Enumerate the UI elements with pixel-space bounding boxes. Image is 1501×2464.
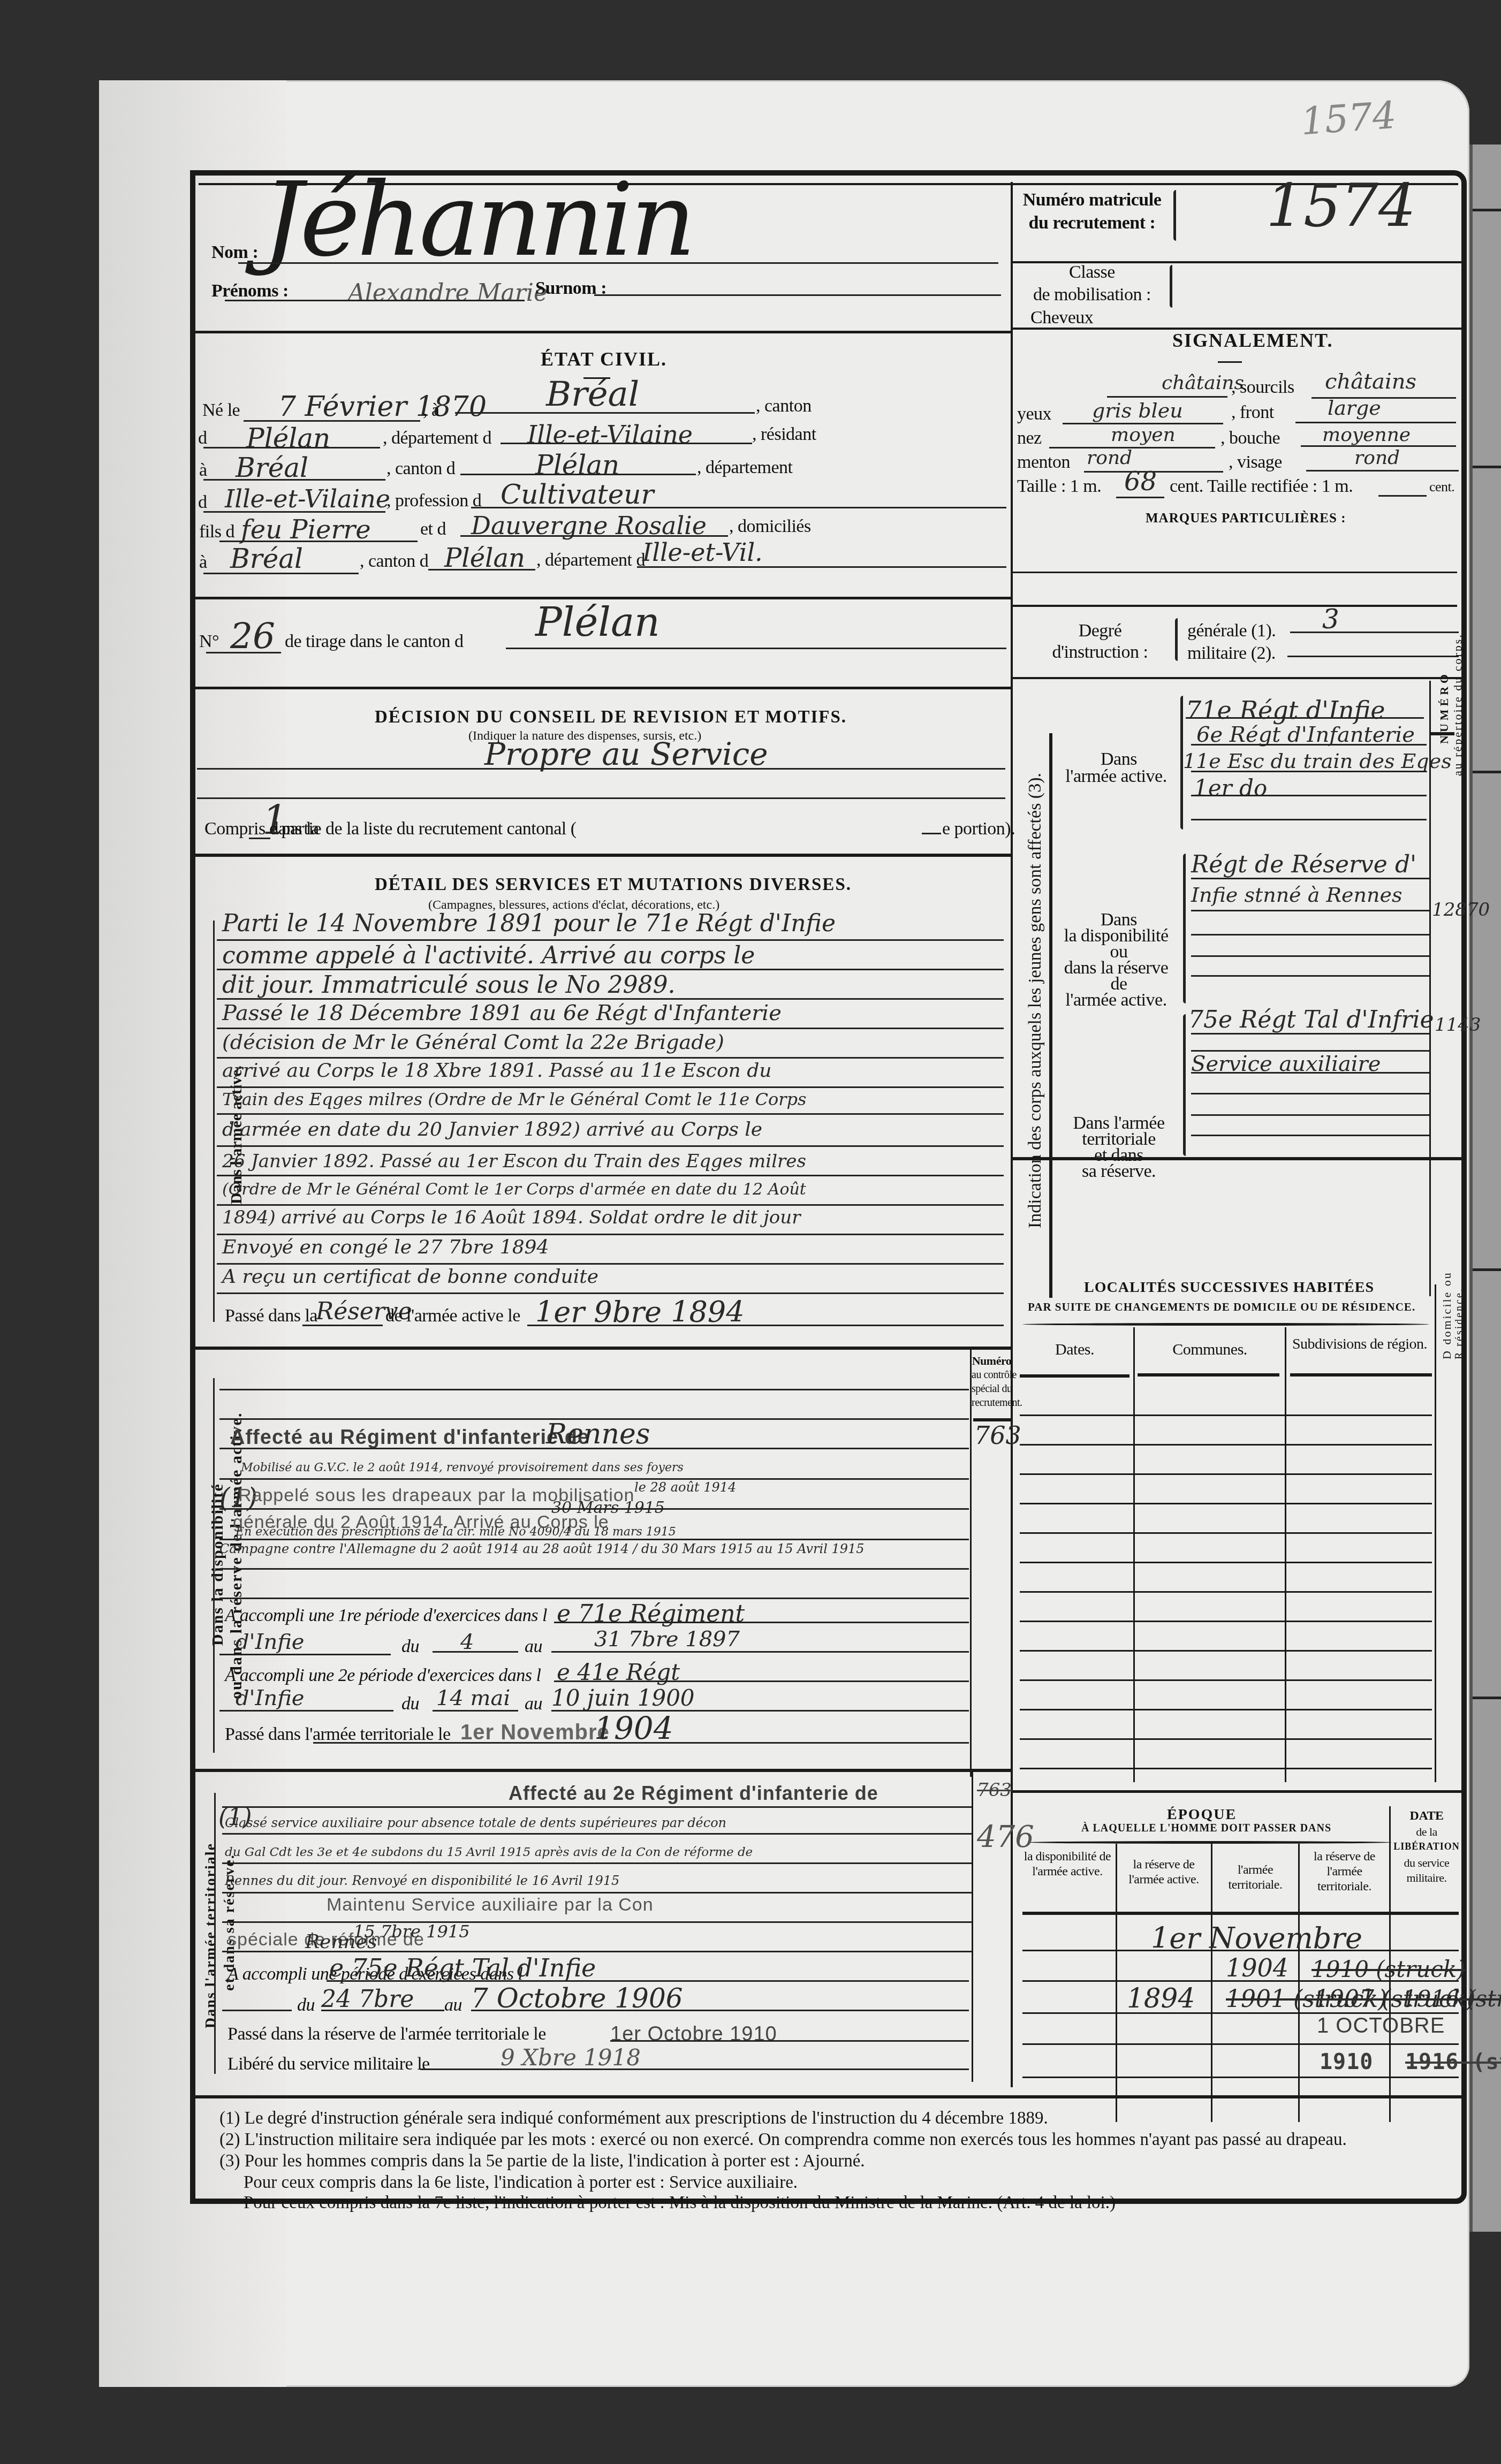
residant-label: , résidant xyxy=(752,424,816,445)
instruction-brace xyxy=(1175,618,1178,661)
dispo-numero-header-2: au contrôle xyxy=(972,1369,1012,1381)
classe-brace xyxy=(1170,265,1172,308)
epoque-row2-liberation: 1916 (struck) xyxy=(1403,1986,1501,2012)
sourcils-value: châtains xyxy=(1325,369,1416,394)
periode1-corps-underline xyxy=(554,1622,969,1623)
footnote-3: (3) Pour les hommes compris dans la 5e p… xyxy=(219,2151,865,2171)
canton-label: , canton xyxy=(756,396,812,416)
periode2-corps-2: d'Infie xyxy=(236,1686,305,1710)
dispo-affecte-city: Rennes xyxy=(546,1418,650,1450)
liberation-header-2: de la xyxy=(1392,1825,1461,1839)
terr-periode-du-underline-2 xyxy=(321,2010,444,2011)
departement-naissance-value: Ille-et-Vilaine xyxy=(527,420,693,449)
localites-rule xyxy=(1013,1790,1462,1793)
adjacent-page-edge xyxy=(1469,145,1501,2232)
terr-rule-2 xyxy=(222,1833,972,1835)
terr-rule-4 xyxy=(222,1892,972,1893)
column-divider xyxy=(1011,182,1013,2087)
localites-brace-rule xyxy=(1022,1323,1429,1326)
passe-reserve-underline xyxy=(302,1325,383,1326)
liberation-header-4: du service xyxy=(1392,1856,1461,1870)
bouche-label: , bouche xyxy=(1220,428,1280,448)
nom-underline xyxy=(238,262,998,264)
periode2-label: A accompli une 2e période d'exercices da… xyxy=(225,1666,541,1686)
localites-col-divider-1 xyxy=(1133,1327,1135,1782)
militaire-label: militaire (2). xyxy=(1187,643,1276,664)
matricule-value: 1574 xyxy=(1266,171,1416,240)
menton-value: rond xyxy=(1087,447,1132,469)
terr-classe-note-2: du Gal Cdt les 3e et 4e subdons du 15 Av… xyxy=(225,1845,753,1859)
terr-periode-du: 24 7bre xyxy=(321,1986,414,2013)
taille-rectifiee-underline xyxy=(1378,495,1427,497)
localites-col-communes: Communes. xyxy=(1135,1341,1285,1359)
terr-periode-corps-underline xyxy=(327,1980,969,1982)
canton-de-label: , canton d xyxy=(386,459,455,479)
dispo-rule-3 xyxy=(219,1448,969,1449)
corps-terr-line-4 xyxy=(1191,1093,1429,1094)
partie-label: e partie de la liste du recrutement cant… xyxy=(269,819,577,839)
services-line-6: arrivé au Corps le 18 Xbre 1891. Passé a… xyxy=(222,1060,771,1082)
signalement-title: SIGNALEMENT. xyxy=(1172,329,1333,352)
periode2-au: 10 juin 1900 xyxy=(551,1685,695,1711)
terr-speciale-date: 15 7bre 1915 xyxy=(353,1921,470,1942)
dispo-rule xyxy=(195,1769,1012,1772)
localites-row-5 xyxy=(1020,1532,1432,1534)
marques-line-1 xyxy=(1013,572,1457,573)
epoque-row1-territoriale: 1904 xyxy=(1226,1953,1288,1982)
bouche-value: moyenne xyxy=(1322,424,1411,446)
taille-rectifiee-label: cent. Taille rectifiée : 1 m. xyxy=(1170,476,1353,497)
liberation-header-1: DATE xyxy=(1392,1809,1461,1823)
localites-side-label-2: R résidence. xyxy=(1453,1287,1466,1359)
dispo-numero-value: 763 xyxy=(974,1421,1021,1450)
prenoms-label: Prénoms : xyxy=(211,281,289,301)
terr-reserve-underline xyxy=(610,2040,969,2042)
services-rule-2 xyxy=(217,969,1004,970)
epoque-col-divider-3 xyxy=(1298,1844,1300,2122)
instruction-label-1: Degré xyxy=(1028,621,1172,641)
terr-reserve-label: Passé dans la réserve de l'armée territo… xyxy=(228,2024,546,2044)
fils-label: fils d xyxy=(199,522,234,542)
dispo-numero-header-1: Numéro xyxy=(972,1354,1012,1368)
corps-terr-line-3 xyxy=(1191,1072,1429,1074)
tirage-canton-value: Plélan xyxy=(535,599,660,645)
terr-rule-6 xyxy=(222,1951,972,1952)
services-line-8: d'armée en date du 20 Janvier 1892) arri… xyxy=(222,1119,762,1140)
epoque-row-rule-4 xyxy=(1022,2043,1459,2045)
epoque-col-divider-2 xyxy=(1211,1844,1212,2122)
periode1-corps: e 71e Régiment xyxy=(557,1600,745,1628)
terr-libere-label: Libéré du service militaire le xyxy=(228,2054,430,2074)
classe-label-2: de mobilisation : xyxy=(1020,285,1164,305)
tirage-label: de tirage dans le canton d xyxy=(285,632,463,652)
periode2-du: 14 mai xyxy=(436,1686,510,1710)
footnote-2: (2) L'instruction militaire sera indiqué… xyxy=(219,2130,1347,2150)
nez-value: moyen xyxy=(1111,424,1176,446)
terr-rule-5 xyxy=(222,1921,972,1923)
departement3-label: , département d xyxy=(536,550,645,571)
terr-side-label-1: Dans l'armée territoriale xyxy=(202,1843,219,2028)
periode1-du-label: du xyxy=(401,1637,419,1657)
periode2-du-label: du xyxy=(401,1694,419,1714)
terr-speciale-city-visible: Rennes xyxy=(305,1921,307,1922)
dispo-rule-7 xyxy=(219,1568,969,1570)
services-line-7: Train des Eqges milres (Ordre de Mr le G… xyxy=(222,1089,806,1109)
dispo-rule-5 xyxy=(219,1508,969,1510)
generale-value: 3 xyxy=(1322,604,1339,635)
services-line-2: comme appelé à l'activité. Arrivé au cor… xyxy=(222,942,755,969)
localites-subtitle: PAR SUITE DE CHANGEMENTS DE DOMICILE OU … xyxy=(1028,1301,1415,1314)
dispo-numero-header-3: spécial du xyxy=(972,1383,1012,1395)
epoque-row1-reserve-territoriale: 1910 (struck) xyxy=(1312,1956,1466,1982)
services-line-5: (décision de Mr le Général Comt la 22e B… xyxy=(222,1030,724,1054)
services-line-12: Envoyé en congé le 27 7bre 1894 xyxy=(222,1236,549,1258)
corps-active-line-3 xyxy=(1191,771,1427,772)
terr-rule xyxy=(195,2095,1464,2098)
epoque-row-rule-1 xyxy=(1022,1950,1459,1951)
corps-dispo-brace xyxy=(1183,854,1186,1003)
departement-residence-underline xyxy=(203,511,385,513)
ne-le-underline xyxy=(244,420,420,422)
repertoire-label-2: au répertoire du corps. xyxy=(1451,633,1465,776)
domicilies-label: , domiciliés xyxy=(729,516,811,537)
services-line-11: 1894) arrivé au Corps le 16 Août 1894. S… xyxy=(222,1207,800,1228)
yeux-value: gris bleu xyxy=(1092,399,1183,422)
services-rule-10 xyxy=(217,1204,1004,1206)
dispo-rule-4 xyxy=(219,1478,969,1480)
terr-reserve-stamp: 1er Octobre 1910 xyxy=(610,2023,777,2046)
localites-row-11 xyxy=(1020,1709,1432,1710)
localites-row-8 xyxy=(1020,1621,1432,1622)
nez-label: nez xyxy=(1017,428,1042,448)
corps-terr-line-5 xyxy=(1191,1114,1429,1116)
terr-brace xyxy=(214,1793,216,2074)
profession-value: Cultivateur xyxy=(501,479,654,510)
sourcils-label: , sourcils xyxy=(1231,377,1294,398)
terr-libere-underline xyxy=(420,2068,969,2070)
liberation-header-5: militaire. xyxy=(1392,1871,1461,1885)
localites-row-7 xyxy=(1020,1591,1432,1593)
front-label: , front xyxy=(1231,402,1274,423)
departement-residence-value: Ille-et-Vilaine xyxy=(225,484,390,513)
matricule-label-2: du recrutement : xyxy=(1020,213,1164,233)
localites-row-1 xyxy=(1020,1414,1432,1416)
passe-reserve-date: 1er 9bre 1894 xyxy=(535,1295,745,1329)
instruction-label-2: d'instruction : xyxy=(1028,642,1172,663)
cheveux-underline xyxy=(1107,396,1227,398)
terr-periode-du-underline xyxy=(222,2010,292,2011)
instruction-rule xyxy=(1013,677,1462,679)
domicile-parents-underline xyxy=(203,573,359,574)
terr-numero-value: 476 xyxy=(977,1820,1034,1854)
terr-periode-corps: e 75e Régt Tal d'Infie xyxy=(329,1953,596,1982)
matricule-brace xyxy=(1173,190,1176,241)
terr-libere-date: 9 Xbre 1918 xyxy=(501,2044,641,2071)
etat-civil-title: ÉTAT CIVIL. xyxy=(541,348,667,370)
d2-label: d xyxy=(198,492,207,513)
canton-naissance-value: Plélan xyxy=(246,423,330,454)
epoque-month-stamp: 1 OCTOBRE xyxy=(1317,2014,1445,2038)
corps-dispo-line-3 xyxy=(1191,934,1429,936)
services-rule-12 xyxy=(217,1263,1004,1265)
repertoire-column-divider xyxy=(1429,681,1431,1296)
profession-underline xyxy=(471,507,1006,508)
corps-active-label-2: l'armée active. xyxy=(1052,766,1180,787)
periode1-corps-2: d'Infie xyxy=(236,1630,305,1654)
nom-value: Jéhannin xyxy=(262,161,693,279)
localites-header-rule-1 xyxy=(1020,1374,1129,1378)
residence-underline xyxy=(203,479,385,481)
portion-underline xyxy=(922,833,941,834)
nom-label: Nom : xyxy=(211,242,258,263)
epoque-header-rule xyxy=(1022,1912,1459,1915)
decision-rule xyxy=(195,854,1012,857)
localites-row-10 xyxy=(1020,1679,1432,1681)
dispo-brace xyxy=(213,1378,215,1753)
dispo-numero-header-4: recrutement. xyxy=(972,1397,1012,1409)
periode1-au-underline xyxy=(551,1651,969,1653)
periode2-au-label: au xyxy=(525,1694,542,1714)
epoque-row2-reserve-active: 1894 xyxy=(1127,1983,1195,2014)
services-rule-9 xyxy=(217,1175,1004,1176)
a2-label: à xyxy=(199,460,207,481)
periode2-corps-underline xyxy=(554,1680,969,1682)
repertoire-header-rule xyxy=(1430,732,1454,735)
services-line-4: Passé le 18 Décembre 1891 au 6e Régt d'I… xyxy=(222,1001,782,1025)
departement-label: , département d xyxy=(383,428,491,448)
epoque-title: ÉPOQUE xyxy=(1167,1806,1237,1823)
localites-header-rule-2 xyxy=(1138,1373,1279,1377)
corps-active-line-1 xyxy=(1186,717,1424,719)
epoque-row-rule-2 xyxy=(1022,1980,1459,1982)
epoque-col-divider-1 xyxy=(1116,1844,1117,2122)
visage-label: , visage xyxy=(1229,452,1282,473)
services-rule-11 xyxy=(217,1234,1004,1235)
services-line-10: (Ordre de Mr le Général Comt le 1er Corp… xyxy=(222,1180,806,1199)
corps-active-line-2 xyxy=(1191,744,1427,746)
decision-underline-1 xyxy=(197,768,1005,770)
localites-col-divider-2 xyxy=(1285,1327,1286,1782)
corner-page-number: 1574 xyxy=(1299,93,1397,143)
dispo-rule-1 xyxy=(219,1389,969,1390)
corps-terr-line-6 xyxy=(1191,1135,1429,1136)
epoque-stamp-liberation: 1916 (struck) xyxy=(1405,2050,1501,2074)
visage-underline xyxy=(1306,470,1459,471)
corps-active-entry-4: 1er do xyxy=(1194,775,1267,801)
militaire-underline xyxy=(1287,656,1459,657)
periode2-corps2-underline xyxy=(219,1710,393,1712)
menton-label: menton xyxy=(1017,452,1070,473)
a-label: , à xyxy=(423,400,439,421)
localites-row-9 xyxy=(1020,1650,1432,1652)
terr-numero-struck: 763 xyxy=(977,1779,1012,1801)
localites-row-4 xyxy=(1020,1503,1432,1504)
a3-label: à xyxy=(199,552,207,573)
services-rule-7 xyxy=(217,1113,1004,1115)
profession-label: , profession d xyxy=(386,491,481,511)
localites-row-6 xyxy=(1020,1562,1432,1563)
identity-rule xyxy=(195,331,1012,333)
services-rule xyxy=(195,1347,1012,1350)
localites-col-dates: Dates. xyxy=(1017,1341,1132,1359)
corps-dispo-line-2 xyxy=(1191,910,1429,911)
corps-dispo-label-6: l'armée active. xyxy=(1052,990,1180,1010)
services-rule-8 xyxy=(217,1145,1004,1147)
tirage-no-label: N° xyxy=(199,632,219,652)
localites-header-rule-3 xyxy=(1290,1373,1432,1377)
decision-title: DÉCISION DU CONSEIL DE REVISION ET MOTIF… xyxy=(375,708,847,727)
taille-underline xyxy=(1116,497,1164,498)
tirage-rule xyxy=(195,687,1012,689)
matricule-label-1: Numéro matricule xyxy=(1020,190,1164,210)
surnom-underline xyxy=(594,294,1001,296)
dispo-rule-8 xyxy=(219,1598,969,1599)
corps-active-entry-1: 71e Régt d'Infie xyxy=(1186,696,1385,725)
periode1-label: A accompli une 1re période d'exercices d… xyxy=(225,1606,547,1626)
canton3-label: , canton d xyxy=(360,551,428,572)
corps-dispo-entry-1: Régt de Réserve d' xyxy=(1191,851,1416,878)
departement-parents-value: Ille-et-Vil. xyxy=(642,538,763,567)
epoque-col-territoriale: l'armée territoriale. xyxy=(1213,1862,1298,1892)
terr-numero-divider xyxy=(972,1771,973,2082)
partie-underline xyxy=(249,838,270,839)
epoque-col-reserve-active: la réserve de l'armée active. xyxy=(1118,1857,1210,1887)
decision-underline-2 xyxy=(197,797,1005,799)
marques-label: MARQUES PARTICULIÈRES : xyxy=(1146,511,1346,526)
cheveux-label: Cheveux xyxy=(1030,308,1093,328)
corps-terr-numero: 1143 xyxy=(1435,1014,1481,1036)
departement-parents-underline xyxy=(637,566,1006,568)
generale-label: générale (1). xyxy=(1187,621,1276,641)
epoque-subtitle: À LAQUELLE L'HOMME DOIT PASSER DANS xyxy=(1081,1822,1331,1835)
periode2-du-underline xyxy=(433,1710,518,1712)
periode1-au: 31 7bre 1897 xyxy=(594,1627,740,1652)
taille-value: 68 xyxy=(1124,467,1157,497)
corps-dispo-line-1 xyxy=(1191,878,1429,879)
domicile-parents-value: Bréal xyxy=(230,543,303,574)
terr-rule-1 xyxy=(222,1806,972,1808)
services-line-13: A reçu un certificat de bonne conduite xyxy=(222,1266,598,1288)
territoriale-passe-underline xyxy=(313,1742,969,1744)
front-underline xyxy=(1295,422,1456,423)
terr-classe-note-3: Rennes du dit jour. Renvoyé en disponibi… xyxy=(225,1873,619,1888)
tirage-canton-underline xyxy=(506,648,1006,649)
liberation-header-3: LIBÉRATION xyxy=(1392,1841,1461,1852)
corps-rule xyxy=(1013,1157,1462,1160)
terr-periode-au-label: au xyxy=(444,1995,462,2016)
dispo-rappele-date: le 28 août 1914 xyxy=(634,1480,736,1495)
dispo-affecte-stamp: Affecté au Régiment d'infanterie de xyxy=(230,1426,589,1449)
periode1-au-label: au xyxy=(525,1637,542,1657)
localites-col-divider-3 xyxy=(1435,1284,1436,1782)
prenoms-value: Alexandre Marie xyxy=(348,279,548,307)
mere-underline xyxy=(460,535,728,537)
corps-dispo-line-5 xyxy=(1191,975,1429,977)
pere-underline xyxy=(219,541,418,542)
corps-active-entry-3: 11e Esc du train des Eqes xyxy=(1183,749,1452,773)
generale-underline xyxy=(1290,632,1459,633)
dispo-campagne: Campagne contre l'Allemagne du 2 août 19… xyxy=(219,1541,865,1556)
cent-label: cent. xyxy=(1429,479,1454,495)
corps-dispo-entry-2: Infie stnné à Rennes xyxy=(1191,883,1402,907)
passe-reserve-label-2: de l'armée active le xyxy=(385,1306,520,1326)
corps-active-line-4 xyxy=(1191,795,1427,796)
visage-value: rond xyxy=(1354,447,1400,469)
d-label: d xyxy=(198,428,207,448)
canton-naissance-underline xyxy=(203,447,380,448)
classe-label-1: Classe xyxy=(1020,262,1164,283)
lieu-naissance-underline xyxy=(455,412,755,414)
corps-terr-line-1 xyxy=(1191,1033,1429,1035)
canton-residence-underline xyxy=(460,474,696,475)
et-label: et d xyxy=(420,519,446,539)
localites-side-label-1: D domicile ou xyxy=(1440,1271,1454,1359)
localites-col-subdivisions: Subdivisions de région. xyxy=(1290,1335,1429,1353)
signalement-title-rule xyxy=(1218,361,1242,363)
localites-row-12 xyxy=(1020,1738,1432,1740)
corps-active-line-5 xyxy=(1191,819,1427,820)
services-brace xyxy=(213,921,215,1322)
epoque-stamp-reserve-territoriale: 1910 xyxy=(1320,2050,1373,2074)
services-title: DÉTAIL DES SERVICES ET MUTATIONS DIVERSE… xyxy=(375,875,852,895)
dispo-rule-6 xyxy=(219,1539,969,1540)
services-rule-4 xyxy=(217,1028,1004,1029)
dispo-mobilise-note: Mobilisé au G.V.C. le 2 août 1914, renvo… xyxy=(241,1461,684,1474)
services-rule-6 xyxy=(217,1086,1004,1088)
epoque-brace-rule xyxy=(1028,1841,1392,1844)
footnote-1: (1) Le degré d'instruction générale sera… xyxy=(219,2109,1048,2128)
services-rule-3 xyxy=(217,998,1004,1000)
epoque-col-reserve-territoriale: la réserve de l'armée territoriale. xyxy=(1301,1849,1388,1894)
corps-label-brace xyxy=(1049,733,1052,1298)
terr-classe-note-1: Classé service auxiliaire pour absence t… xyxy=(225,1815,726,1830)
terr-periode-du-label: du xyxy=(297,1995,315,2016)
periode1-corps2-underline xyxy=(219,1654,391,1655)
localites-row-13 xyxy=(1020,1768,1432,1769)
corps-dispo-line-4 xyxy=(1191,955,1429,957)
passe-reserve-label: Passé dans la xyxy=(225,1306,317,1326)
territoriale-passe-stamp: 1er Novembre xyxy=(460,1721,610,1745)
services-line-9: 26 Janvier 1892. Passé au 1er Escon du T… xyxy=(222,1151,806,1172)
localites-row-3 xyxy=(1020,1473,1432,1475)
canton-parents-underline xyxy=(428,569,535,571)
terr-rule-3 xyxy=(222,1862,972,1864)
services-rule-5 xyxy=(217,1057,1004,1059)
taille-label: Taille : 1 m. xyxy=(1017,476,1101,497)
localites-row-2 xyxy=(1020,1444,1432,1446)
passe-reserve-date-underline xyxy=(527,1325,1004,1326)
canton-residence-value: Plélan xyxy=(535,450,619,481)
footnote-4: Pour ceux compris dans la 6e liste, l'in… xyxy=(244,2173,798,2193)
ne-le-label: Né le xyxy=(202,400,240,421)
terr-affecte-stamp: Affecté au 2e Régiment d'infanterie de xyxy=(509,1782,878,1805)
terr-maintenu-stamp: Maintenu Service auxiliaire par la Con xyxy=(327,1895,654,1915)
prenoms-underline xyxy=(225,300,525,301)
ne-le-value: 7 Février 1870 xyxy=(278,391,487,423)
front-value: large xyxy=(1328,396,1381,420)
services-line-1: Parti le 14 Novembre 1891 pour le 71e Ré… xyxy=(222,910,836,937)
dispo-numero-divider xyxy=(970,1349,972,1777)
territoriale-passe-year: 1904 xyxy=(594,1710,673,1746)
portion-label: e portion). xyxy=(942,819,1015,839)
services-rule-1 xyxy=(217,939,1004,941)
tirage-no-value: 26 xyxy=(230,615,275,657)
decision-value: Propre au Service xyxy=(484,736,768,772)
marques-line-2 xyxy=(1013,605,1457,607)
dispo-execution-note: En exécution des prescriptions de la cir… xyxy=(236,1525,676,1539)
yeux-label: yeux xyxy=(1017,404,1051,424)
periode1-du-underline xyxy=(433,1651,518,1653)
